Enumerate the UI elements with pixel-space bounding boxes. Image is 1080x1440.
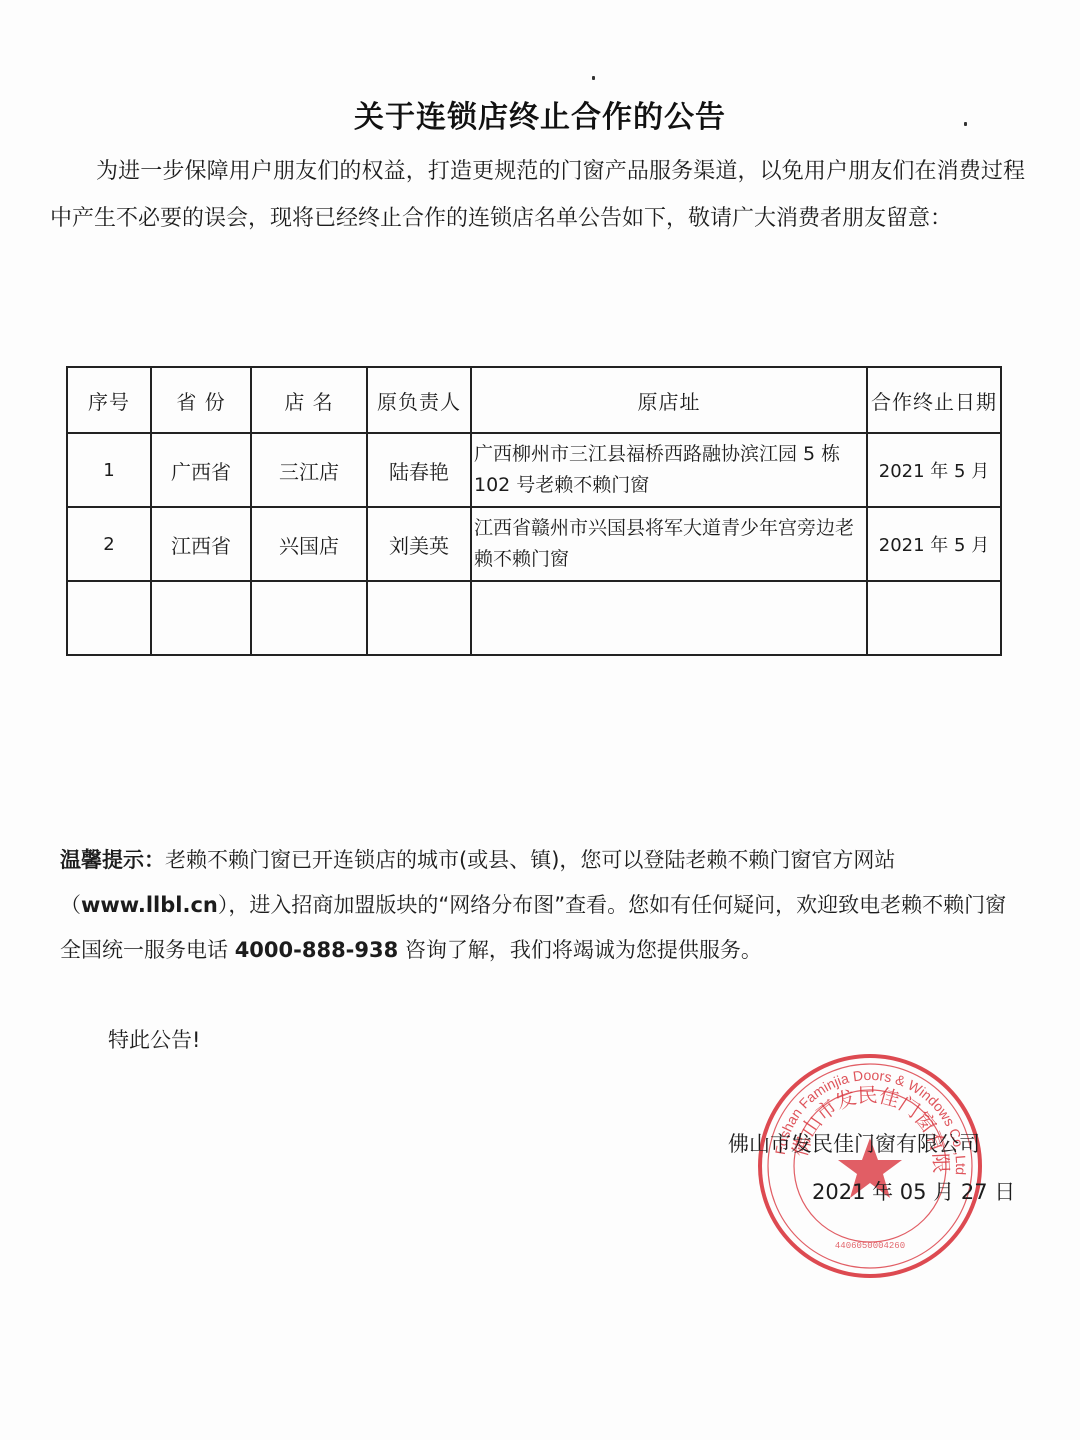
cell-store: 兴国店 bbox=[251, 507, 367, 581]
header-manager: 原负责人 bbox=[367, 367, 471, 433]
cell-end-date bbox=[867, 581, 1001, 655]
scanned-page: 关于连锁店终止合作的公告 为进一步保障用户朋友们的权益，打造更规范的门窗产品服务… bbox=[0, 0, 1080, 1440]
signature-date: 2021 年 05 月 27 日 bbox=[812, 1176, 1015, 1206]
cell-store: 三江店 bbox=[251, 433, 367, 507]
service-phone: 4000-888-938 bbox=[235, 938, 399, 962]
cell-index: 2 bbox=[67, 507, 151, 581]
table-row-empty bbox=[67, 581, 1001, 655]
table-header-row: 序号 省 份 店 名 原负责人 原店址 合作终止日期 bbox=[67, 367, 1001, 433]
cell-manager bbox=[367, 581, 471, 655]
reminder-label: 温馨提示： bbox=[60, 848, 165, 872]
company-signature: 佛山市发民佳门窗有限公司 bbox=[728, 1128, 980, 1158]
cell-manager: 陆春艳 bbox=[367, 433, 471, 507]
seal-number: 4406050004260 bbox=[835, 1241, 905, 1251]
cell-address: 广西柳州市三江县福桥西路融协滨江园 5 栋 102 号老赖不赖门窗 bbox=[471, 433, 867, 507]
cell-store bbox=[251, 581, 367, 655]
cell-end-date: 2021 年 5 月 bbox=[867, 433, 1001, 507]
cell-index: 1 bbox=[67, 433, 151, 507]
cell-province: 广西省 bbox=[151, 433, 251, 507]
company-seal-icon: Foshan Faminjia Doors & Windows Co.,Ltd … bbox=[756, 1052, 984, 1280]
header-index: 序号 bbox=[67, 367, 151, 433]
cell-manager: 刘美英 bbox=[367, 507, 471, 581]
header-address: 原店址 bbox=[471, 367, 867, 433]
cell-index bbox=[67, 581, 151, 655]
table-row: 1 广西省 三江店 陆春艳 广西柳州市三江县福桥西路融协滨江园 5 栋 102 … bbox=[67, 433, 1001, 507]
header-store: 店 名 bbox=[251, 367, 367, 433]
header-province: 省 份 bbox=[151, 367, 251, 433]
table-row: 2 江西省 兴国店 刘美英 江西省赣州市兴国县将军大道青少年宫旁边老赖不赖门窗 … bbox=[67, 507, 1001, 581]
reminder-text-3: 咨询了解，我们将竭诚为您提供服务。 bbox=[398, 938, 762, 962]
cell-address bbox=[471, 581, 867, 655]
intro-paragraph: 为进一步保障用户朋友们的权益，打造更规范的门窗产品服务渠道，以免用户朋友们在消费… bbox=[50, 148, 1025, 242]
cell-province: 江西省 bbox=[151, 507, 251, 581]
cell-province bbox=[151, 581, 251, 655]
terminated-stores-table: 序号 省 份 店 名 原负责人 原店址 合作终止日期 1 广西省 三江店 陆春艳… bbox=[66, 366, 1000, 656]
cell-end-date: 2021 年 5 月 bbox=[867, 507, 1001, 581]
scan-speck bbox=[592, 76, 595, 80]
cell-address: 江西省赣州市兴国县将军大道青少年宫旁边老赖不赖门窗 bbox=[471, 507, 867, 581]
document-title: 关于连锁店终止合作的公告 bbox=[0, 92, 1080, 136]
reminder-paragraph: 温馨提示：老赖不赖门窗已开连锁店的城市(或县、镇)，您可以登陆老赖不赖门窗官方网… bbox=[60, 838, 1015, 973]
closing-line: 特此公告! bbox=[108, 1024, 200, 1054]
header-end-date: 合作终止日期 bbox=[867, 367, 1001, 433]
website-link[interactable]: www.llbl.cn bbox=[81, 893, 218, 917]
